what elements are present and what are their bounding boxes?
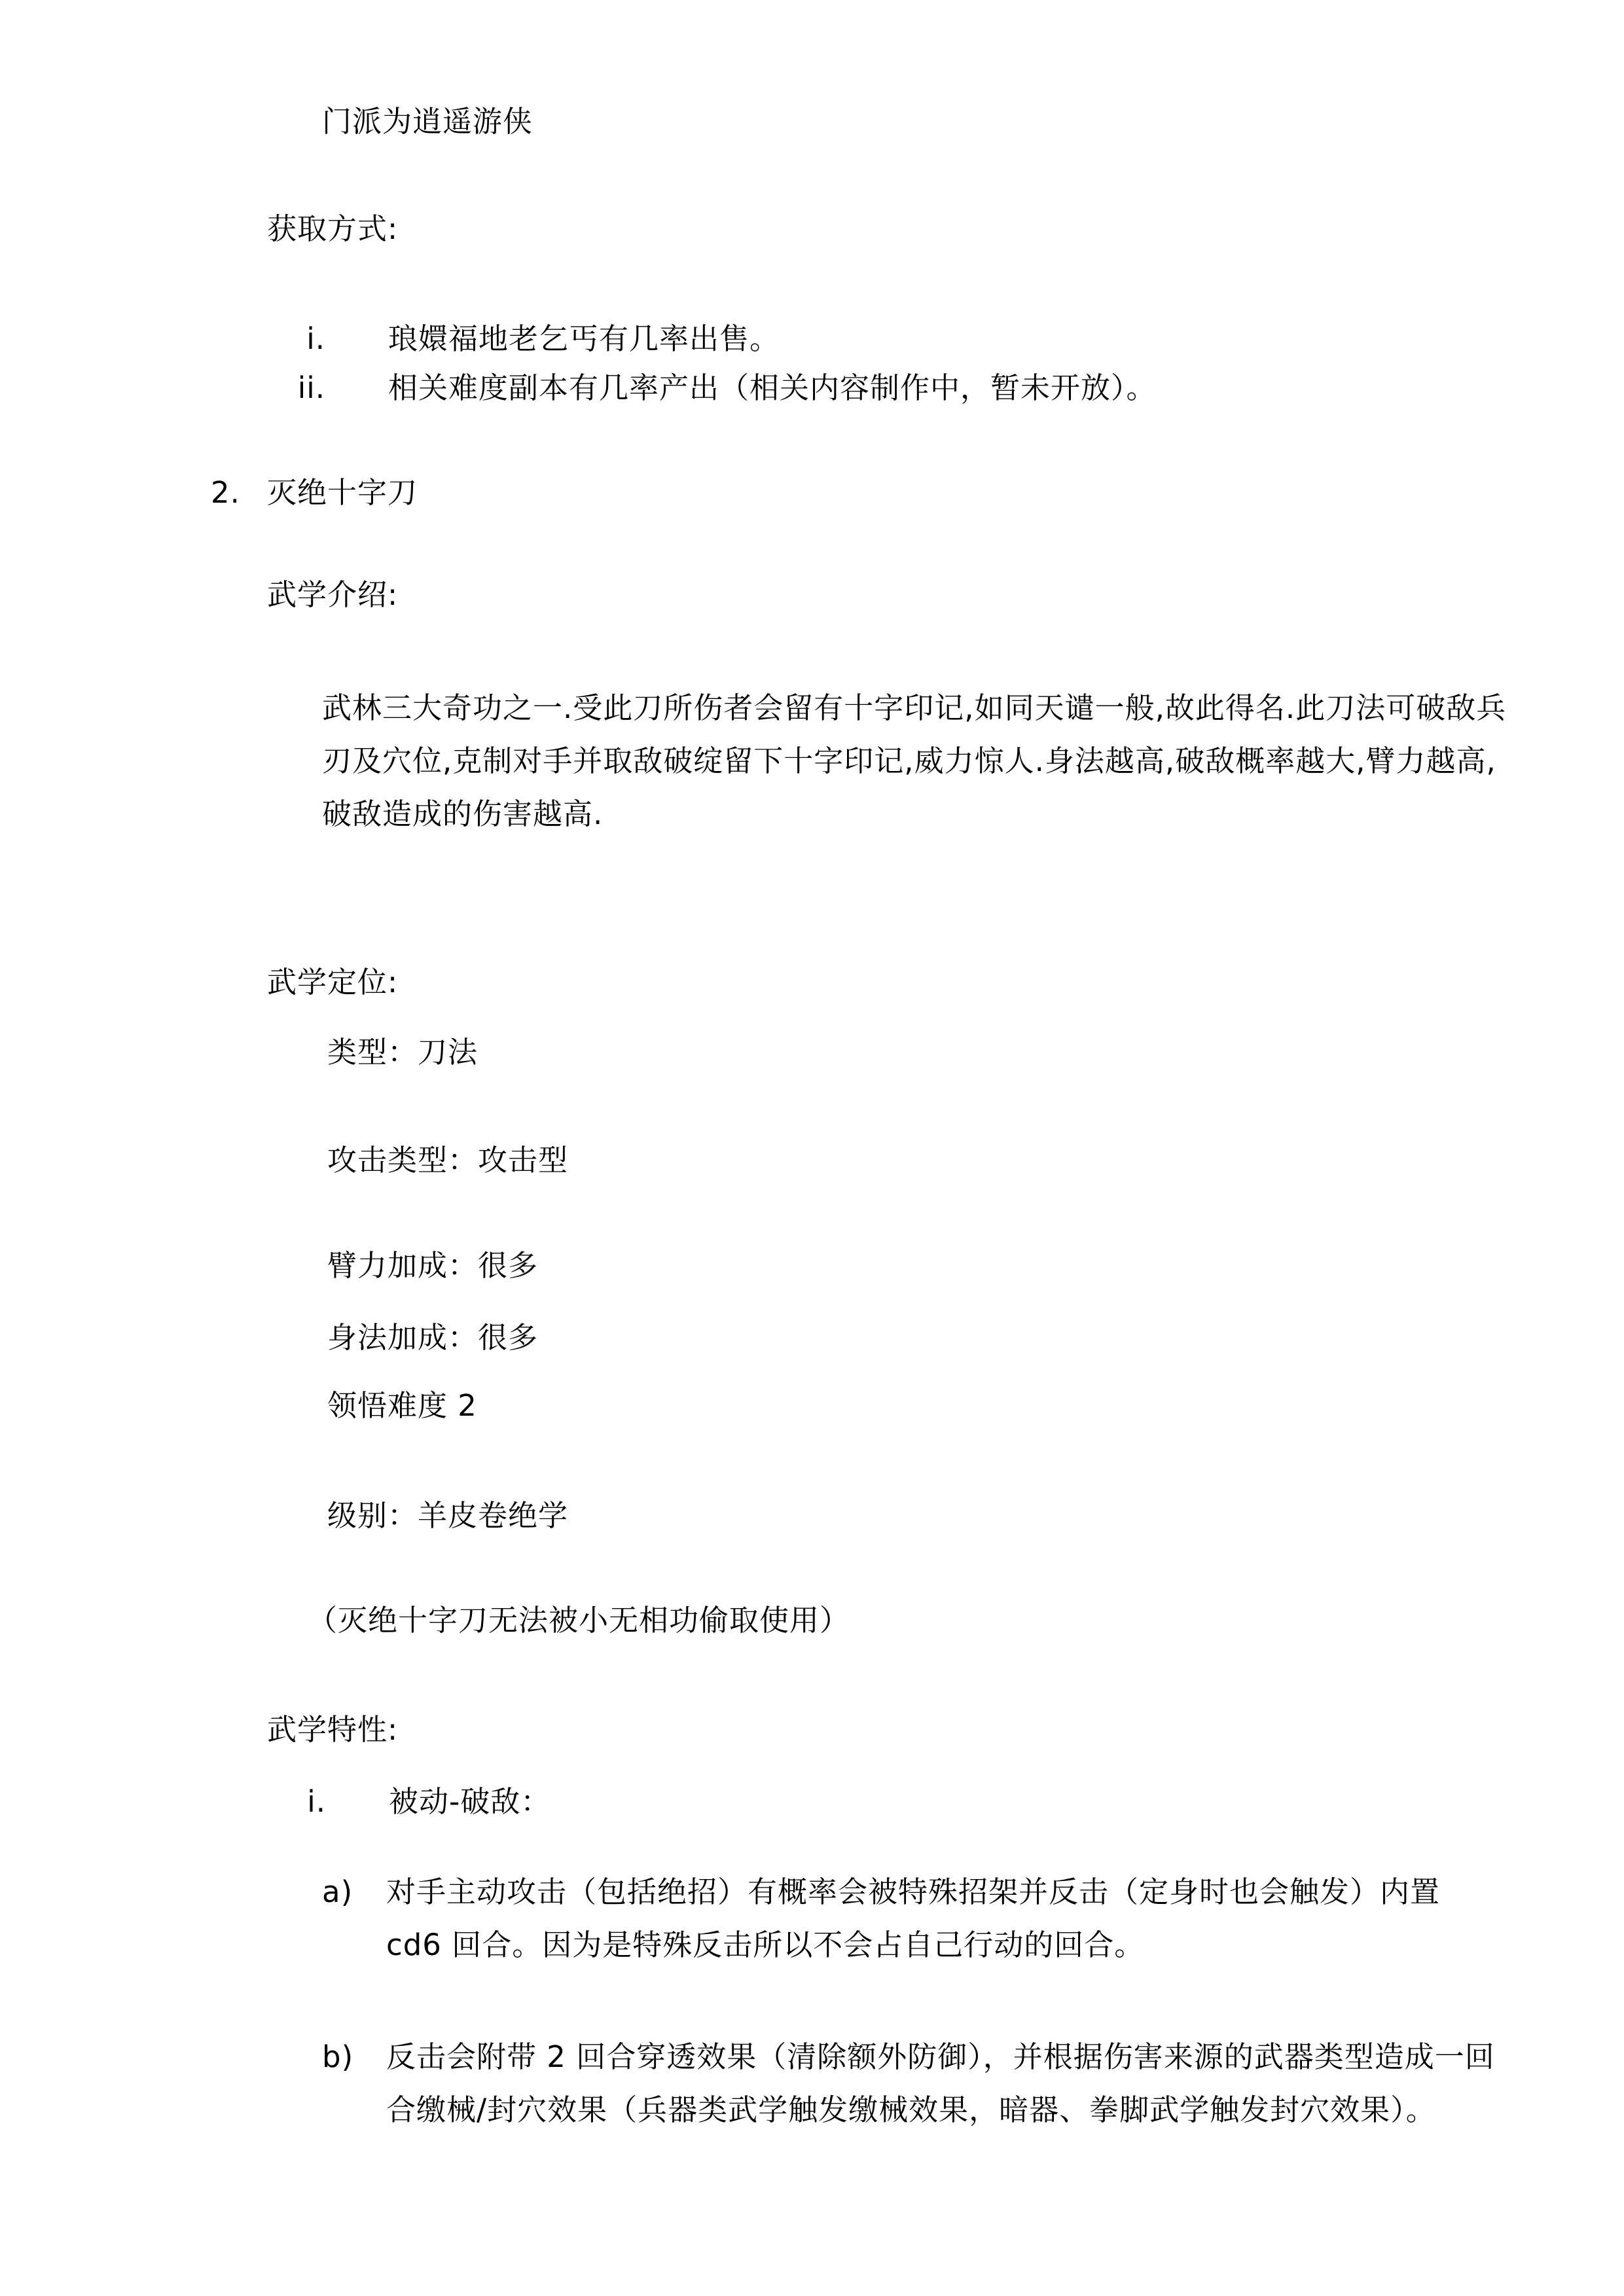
position-note: （灭绝十字刀无法被小无相功偷取使用） [308, 1603, 850, 1638]
trait-detail-text: 反击会附带 2 回合穿透效果（清除额外防御），并根据伤害来源的武器类型造成一回合… [386, 2039, 1495, 2127]
skill-intro-paragraph: 武林三大奇功之一.受此刀所伤者会留有十字印记,如同天谴一般,故此得名.此刀法可破… [322, 681, 1510, 840]
list-item-acquire-2: ii. 相关难度副本有几率产出（相关内容制作中，暂未开放）。 [388, 370, 1157, 406]
position-arm-bonus: 臂力加成：很多 [327, 1248, 538, 1283]
list-marker-roman-i: i. [287, 1784, 326, 1820]
list-marker-roman-i: i. [286, 321, 325, 357]
list-marker-roman-ii: ii. [286, 370, 325, 406]
skill-heading: 2. 灭绝十字刀 [267, 475, 418, 511]
position-level: 级别：羊皮卷绝学 [327, 1498, 568, 1534]
sect-membership-line: 门派为逍遥游侠 [322, 104, 533, 139]
heading-skill-traits: 武学特性: [267, 1712, 398, 1748]
heading-skill-intro: 武学介绍: [267, 577, 398, 613]
document-page: 门派为逍遥游侠 获取方式: i. 琅嬛福地老乞丐有几率出售。 ii. 相关难度副… [0, 0, 1624, 2296]
list-item-text: 琅嬛福地老乞丐有几率出售。 [388, 321, 780, 356]
skill-name: 灭绝十字刀 [267, 475, 418, 510]
heading-skill-position: 武学定位: [267, 965, 398, 1000]
list-item-trait-detail-a: a) 对手主动攻击（包括绝招）有概率会被特殊招架并反击（定身时也会触发）内置 c… [386, 1865, 1506, 1971]
position-type: 类型：刀法 [327, 1035, 478, 1070]
list-marker-alpha-a: a) [322, 1865, 353, 1918]
skill-number: 2. [211, 475, 240, 511]
trait-detail-text: 对手主动攻击（包括绝招）有概率会被特殊招架并反击（定身时也会触发）内置 cd6 … [386, 1874, 1440, 1962]
heading-acquire-method: 获取方式: [267, 211, 398, 247]
list-item-trait-detail-b: b) 反击会附带 2 回合穿透效果（清除额外防御），并根据伤害来源的武器类型造成… [386, 2030, 1506, 2136]
trait-title: 被动-破敌： [389, 1784, 550, 1819]
list-item-text: 相关难度副本有几率产出（相关内容制作中，暂未开放）。 [388, 370, 1157, 405]
position-comprehend-difficulty: 领悟难度 2 [327, 1388, 477, 1424]
list-item-acquire-1: i. 琅嬛福地老乞丐有几率出售。 [388, 321, 780, 357]
position-body-bonus: 身法加成：很多 [327, 1320, 538, 1355]
list-item-trait-1: i. 被动-破敌： [389, 1784, 550, 1820]
list-marker-alpha-b: b) [322, 2030, 353, 2083]
position-attack-type: 攻击类型：攻击型 [327, 1143, 568, 1178]
